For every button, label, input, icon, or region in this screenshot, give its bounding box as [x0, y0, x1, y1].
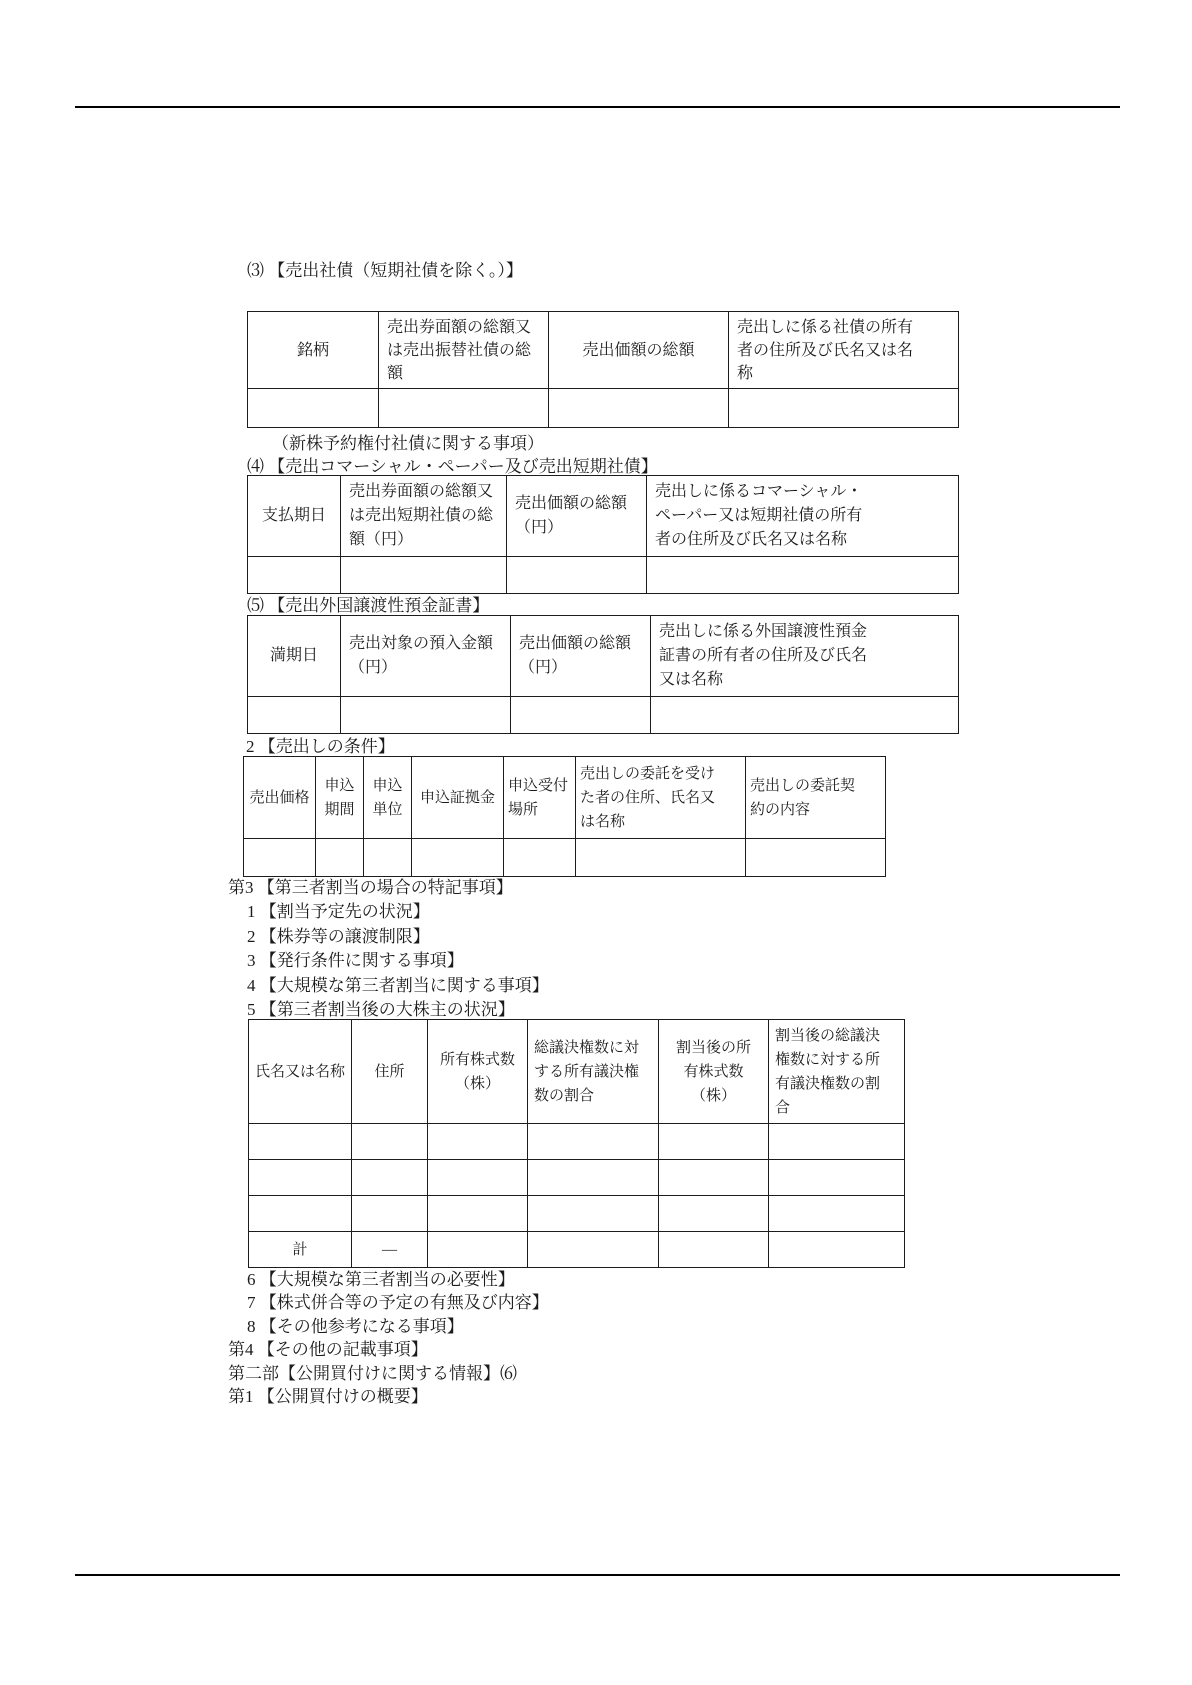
outline-item: 7 【株式併合等の予定の有無及び内容】: [228, 1291, 549, 1314]
empty-cell: [511, 697, 651, 734]
column-header-entrusted-party: 売出しの委託を受け た者の住所、氏名又 は名称: [576, 757, 746, 839]
outline-item: 第二部【公開買付けに関する情報】⑹: [228, 1362, 549, 1385]
column-header-face-amount: 売出券面額の総額又 は売出短期社債の総 額（円）: [341, 476, 507, 557]
section-heading-sold-bonds: ⑶ 【売出社債（短期社債を除く。）】: [247, 260, 523, 282]
column-header-name: 氏名又は名称: [249, 1020, 352, 1124]
outline-item: 4 【大規模な第三者割当に関する事項】: [228, 974, 549, 998]
document-page: { "appearance": { "text_color": "#1b1b1b…: [0, 0, 1192, 1685]
column-header-total-selling-price: 売出価額の総額 （円）: [511, 616, 651, 697]
empty-cell: [244, 839, 316, 877]
table-row: [248, 697, 959, 734]
table-header-row: 氏名又は名称 住所 所有株式数 （株） 総議決権数に対 する所有議決権 数の割合…: [249, 1020, 905, 1124]
outline-item: 第4 【その他の記載事項】: [228, 1338, 549, 1361]
empty-cell: [729, 389, 959, 428]
column-header-total-selling-price: 売出価額の総額 （円）: [507, 476, 647, 557]
column-header-face-amount: 売出券面額の総額又 は売出振替社債の総 額: [379, 312, 549, 389]
outline-item: 6 【大規模な第三者割当の必要性】: [228, 1268, 549, 1291]
table-row: [244, 839, 886, 877]
table-sold-commercial-paper: 支払期日 売出券面額の総額又 は売出短期社債の総 額（円） 売出価額の総額 （円…: [247, 475, 959, 594]
note-convertible-bonds: （新株予約権付社債に関する事項）: [272, 433, 544, 455]
empty-cell: [428, 1196, 528, 1232]
column-header-application-unit: 申込 単位: [364, 757, 412, 839]
empty-cell: [379, 389, 549, 428]
table-major-shareholders-after-allotment: 氏名又は名称 住所 所有株式数 （株） 総議決権数に対 する所有議決権 数の割合…: [248, 1019, 905, 1268]
table-row: [249, 1160, 905, 1196]
column-header-application-period: 申込 期間: [316, 757, 364, 839]
column-header-shares-after-allotment: 割当後の所 有株式数 （株）: [659, 1020, 769, 1124]
column-header-holder-info: 売出しに係る社債の所有 者の住所及び氏名又は名 称: [729, 312, 959, 389]
empty-cell: [352, 1124, 428, 1160]
table-row: [249, 1124, 905, 1160]
empty-cell: [341, 557, 507, 594]
column-header-holder-info: 売出しに係る外国譲渡性預金 証書の所有者の住所及び氏名 又は名称: [651, 616, 959, 697]
empty-cell: [428, 1160, 528, 1196]
empty-cell: [341, 697, 511, 734]
table-row: [249, 1196, 905, 1232]
outline-item: 第3 【第三者割当の場合の特記事項】: [228, 876, 549, 900]
outline-item: 第1 【公開買付けの概要】: [228, 1385, 549, 1408]
table-total-row: 計 ―: [249, 1232, 905, 1268]
column-header-shares-held: 所有株式数 （株）: [428, 1020, 528, 1124]
outline-list-lower: 6 【大規模な第三者割当の必要性】 7 【株式併合等の予定の有無及び内容】 8 …: [228, 1268, 549, 1408]
empty-cell: [428, 1232, 528, 1268]
empty-cell: [769, 1124, 905, 1160]
empty-cell: [647, 557, 959, 594]
column-header-application-place: 申込受付 場所: [504, 757, 576, 839]
outline-item: 3 【発行条件に関する事項】: [228, 949, 549, 973]
column-header-holder-info: 売出しに係るコマーシャル・ ペーパー又は短期社債の所有 者の住所及び氏名又は名称: [647, 476, 959, 557]
empty-cell: [746, 839, 886, 877]
empty-cell: [528, 1196, 659, 1232]
table-header-row: 銘柄 売出券面額の総額又 は売出振替社債の総 額 売出価額の総額 売出しに係る社…: [248, 312, 959, 389]
table-row: [248, 389, 959, 428]
page-bottom-rule: [75, 1574, 1120, 1576]
empty-cell: [249, 1124, 352, 1160]
column-header-selling-price: 売出価格: [244, 757, 316, 839]
empty-cell: [428, 1124, 528, 1160]
page-top-rule: [75, 106, 1120, 108]
empty-cell: [769, 1160, 905, 1196]
empty-cell: [769, 1232, 905, 1268]
table-header-row: 満期日 売出対象の預入金額 （円） 売出価額の総額 （円） 売出しに係る外国譲渡…: [248, 616, 959, 697]
empty-cell: [507, 557, 647, 594]
table-row: [248, 557, 959, 594]
outline-item: 2 【株券等の譲渡制限】: [228, 925, 549, 949]
empty-cell: [528, 1124, 659, 1160]
table-header-row: 売出価格 申込 期間 申込 単位 申込証拠金 申込受付 場所 売出しの委託を受け…: [244, 757, 886, 839]
column-header-voting-rights-ratio-after: 割当後の総議決 権数に対する所 有議決権数の割 合: [769, 1020, 905, 1124]
column-header-deposit-amount: 売出対象の預入金額 （円）: [341, 616, 511, 697]
column-header-application-deposit: 申込証拠金: [412, 757, 504, 839]
column-header-issue-name: 銘柄: [248, 312, 379, 389]
outline-item: 8 【その他参考になる事項】: [228, 1315, 549, 1338]
empty-cell: [249, 1160, 352, 1196]
empty-cell: [412, 839, 504, 877]
empty-cell: [504, 839, 576, 877]
empty-cell: [249, 1196, 352, 1232]
table-sold-bonds: 銘柄 売出券面額の総額又 は売出振替社債の総 額 売出価額の総額 売出しに係る社…: [247, 311, 959, 428]
empty-cell: [659, 1196, 769, 1232]
empty-cell: [549, 389, 729, 428]
empty-cell: [248, 697, 341, 734]
empty-cell: [528, 1232, 659, 1268]
empty-cell: [651, 697, 959, 734]
table-header-row: 支払期日 売出券面額の総額又 は売出短期社債の総 額（円） 売出価額の総額 （円…: [248, 476, 959, 557]
column-header-voting-rights-ratio: 総議決権数に対 する所有議決権 数の割合: [528, 1020, 659, 1124]
total-label-cell: 計: [249, 1232, 352, 1268]
table-sold-foreign-cd: 満期日 売出対象の預入金額 （円） 売出価額の総額 （円） 売出しに係る外国譲渡…: [247, 615, 959, 734]
empty-cell: [576, 839, 746, 877]
section-heading-selling-conditions: 2 【売出しの条件】: [246, 736, 395, 758]
empty-cell: [248, 557, 341, 594]
empty-cell: [528, 1160, 659, 1196]
column-header-payment-date: 支払期日: [248, 476, 341, 557]
empty-cell: [659, 1124, 769, 1160]
empty-cell: [352, 1160, 428, 1196]
empty-cell: [248, 389, 379, 428]
section-heading-foreign-cd: ⑸ 【売出外国譲渡性預金証書】: [247, 595, 489, 617]
empty-cell: [316, 839, 364, 877]
column-header-entrustment-contract: 売出しの委託契 約の内容: [746, 757, 886, 839]
column-header-total-selling-price: 売出価額の総額: [549, 312, 729, 389]
dash-cell: ―: [352, 1232, 428, 1268]
empty-cell: [352, 1196, 428, 1232]
empty-cell: [364, 839, 412, 877]
outline-list-upper: 第3 【第三者割当の場合の特記事項】 1 【割当予定先の状況】 2 【株券等の譲…: [228, 876, 549, 1022]
table-selling-conditions: 売出価格 申込 期間 申込 単位 申込証拠金 申込受付 場所 売出しの委託を受け…: [243, 756, 886, 877]
empty-cell: [659, 1232, 769, 1268]
column-header-address: 住所: [352, 1020, 428, 1124]
column-header-maturity-date: 満期日: [248, 616, 341, 697]
outline-item: 1 【割当予定先の状況】: [228, 900, 549, 924]
empty-cell: [659, 1160, 769, 1196]
empty-cell: [769, 1196, 905, 1232]
